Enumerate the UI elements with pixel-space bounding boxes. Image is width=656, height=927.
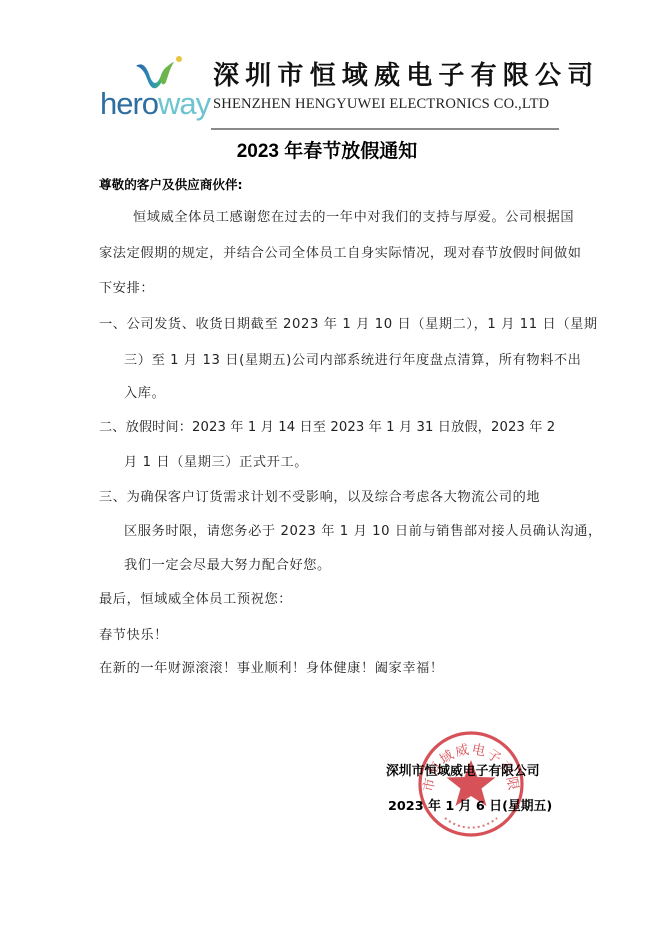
- company-name-en: SHENZHEN HENGYUWEI ELECTRONICS CO.,LTD: [213, 96, 549, 113]
- notice-item-2-line: 二、放假时间：2023 年 1 月 14 日至 2023 年 1 月 31 日放…: [99, 416, 555, 435]
- signature-company: 深圳市恒域威电子有限公司: [386, 760, 540, 779]
- intro-line: 恒域威全体员工感谢您在过去的一年中对我们的支持与厚爱。公司根据国: [133, 206, 574, 225]
- company-name-cn: 深圳市恒域威电子有限公司: [213, 58, 599, 94]
- notice-item-1-line: 入库。: [124, 382, 165, 401]
- company-logo: heroway: [98, 52, 190, 124]
- company-seal: 深圳市恒域威电子有限公司: [417, 730, 525, 838]
- logo-wordmark: heroway: [100, 88, 210, 119]
- greeting: 尊敬的客户及供应商伙伴:: [99, 174, 243, 193]
- notice-item-1-line: 一、公司发货、收货日期截至 2023 年 1 月 10 日（星期二），1 月 1…: [99, 313, 598, 332]
- intro-line: 家法定假期的规定，并结合公司全体员工自身实际情况，现对春节放假时间做如: [99, 242, 582, 261]
- signature-date: 2023 年 1 月 6 日(星期五): [388, 795, 552, 814]
- notice-item-1-line: 三）至 1 月 13 日(星期五)公司内部系统进行年度盘点清算，所有物料不出: [124, 349, 581, 368]
- closing-line: 春节快乐！: [99, 624, 168, 643]
- intro-line: 下安排：: [99, 277, 154, 296]
- closing-line: 在新的一年财源滚滚！事业顺利！身体健康！阖家幸福！: [99, 657, 444, 676]
- notice-item-3-line: 区服务时限，请您务必于 2023 年 1 月 10 日前与销售部对接人员确认沟通…: [124, 520, 602, 539]
- seal-icon: 深圳市恒域威电子有限公司: [417, 730, 525, 838]
- notice-item-3-line: 三、为确保客户订货需求计划不受影响，以及综合考虑各大物流公司的地: [99, 486, 540, 505]
- document-title: 2023 年春节放假通知: [0, 136, 656, 163]
- closing-line: 最后，恒域威全体员工预祝您：: [99, 588, 292, 607]
- notice-item-3-line: 我们一定会尽最大努力配合好您。: [124, 554, 331, 573]
- notice-item-2-line: 月 1 日（星期三）正式开工。: [124, 451, 308, 470]
- header-divider: [211, 128, 559, 130]
